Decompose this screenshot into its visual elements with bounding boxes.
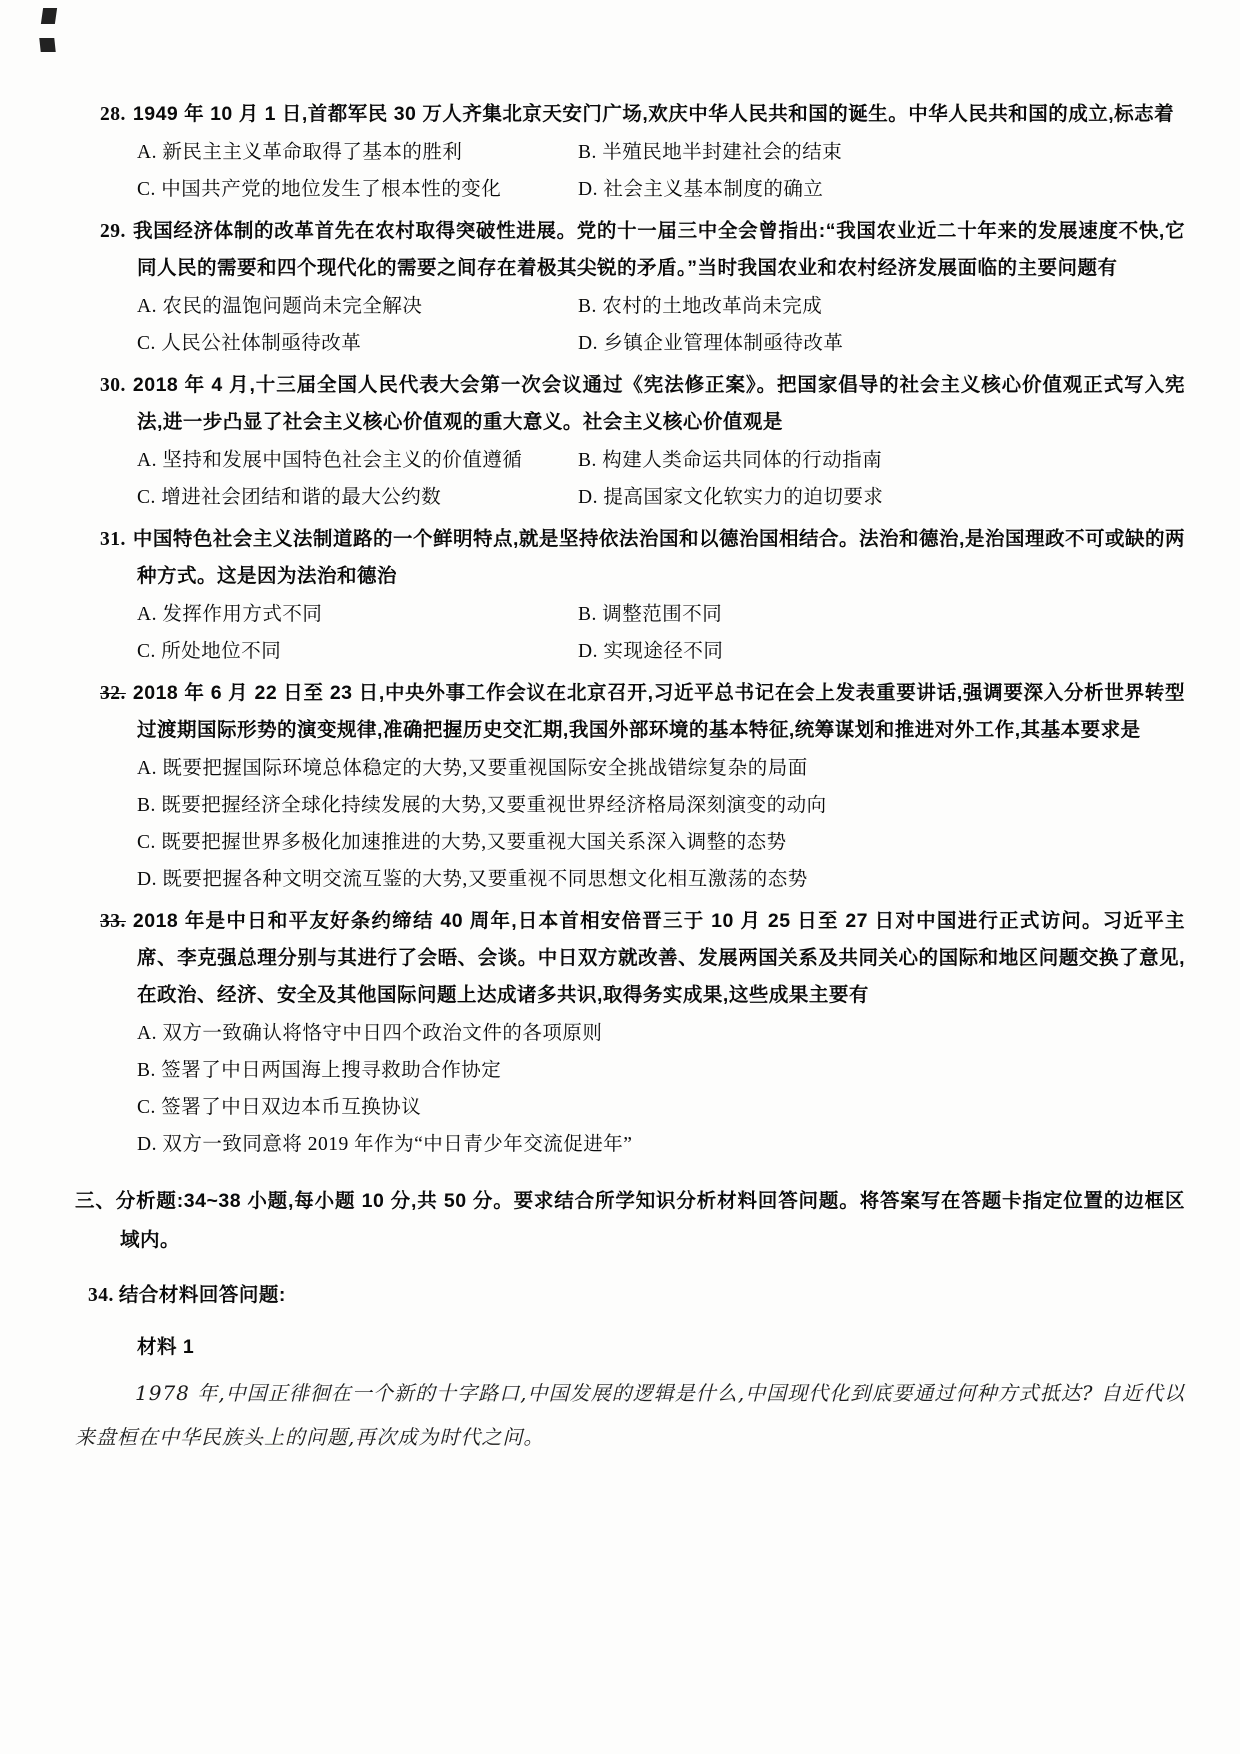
question-33-stem-text: 2018 年是中日和平友好条约缔结 40 周年,日本首相安倍晋三于 10 月 2… xyxy=(133,910,1185,1006)
question-28: 28.1949 年 10 月 1 日,首都军民 30 万人齐集北京天安门广场,欢… xyxy=(100,96,1185,208)
option-c: C. 既要把握世界多极化加速推进的大势,又要重视大国关系深入调整的态势 xyxy=(137,824,1185,861)
option-b: B. 构建人类命运共同体的行动指南 xyxy=(578,442,1185,479)
question-33-options: A. 双方一致确认将恪守中日四个政治文件的各项原则 B. 签署了中日两国海上搜寻… xyxy=(100,1015,1185,1163)
question-32-stem-text: 2018 年 6 月 22 日至 23 日,中央外事工作会议在北京召开,习近平总… xyxy=(133,682,1185,741)
option-a: A. 既要把握国际环境总体稳定的大势,又要重视国际安全挑战错综复杂的局面 xyxy=(137,750,1185,787)
question-29-stem: 29.我国经济体制的改革首先在农村取得突破性进展。党的十一届三中全会曾指出:“我… xyxy=(100,213,1185,287)
question-30-stem-text: 2018 年 4 月,十三届全国人民代表大会第一次会议通过《宪法修正案》。把国家… xyxy=(133,374,1185,433)
option-a: A. 双方一致确认将恪守中日四个政治文件的各项原则 xyxy=(137,1015,1185,1052)
question-30-options: A. 坚持和发展中国特色社会主义的价值遵循 B. 构建人类命运共同体的行动指南 … xyxy=(100,442,1185,516)
question-34-number: 34. xyxy=(88,1285,119,1306)
question-29-number: 29. xyxy=(100,221,133,242)
section-analysis-header: 三、分析题:34~38 小题,每小题 10 分,共 50 分。要求结合所学知识分… xyxy=(75,1182,1185,1260)
exam-page: 28.1949 年 10 月 1 日,首都军民 30 万人齐集北京天安门广场,欢… xyxy=(0,0,1240,1754)
question-30-number: 30. xyxy=(100,375,133,396)
option-d: D. 实现途径不同 xyxy=(578,633,1185,670)
question-30: 30.2018 年 4 月,十三届全国人民代表大会第一次会议通过《宪法修正案》。… xyxy=(100,367,1185,516)
option-a: A. 新民主主义革命取得了基本的胜利 xyxy=(137,134,578,171)
option-c: C. 所处地位不同 xyxy=(137,633,578,670)
option-c: C. 增进社会团结和谐的最大公约数 xyxy=(137,479,578,516)
question-28-stem: 28.1949 年 10 月 1 日,首都军民 30 万人齐集北京天安门广场,欢… xyxy=(100,96,1185,133)
option-c: C. 人民公社体制亟待改革 xyxy=(137,325,578,362)
question-32-number: 32. xyxy=(100,683,133,704)
option-b: B. 半殖民地半封建社会的结束 xyxy=(578,134,1185,171)
question-29-options: A. 农民的温饱问题尚未完全解决 B. 农村的土地改革尚未完成 C. 人民公社体… xyxy=(100,288,1185,362)
option-b: B. 调整范围不同 xyxy=(578,596,1185,633)
question-31-number: 31. xyxy=(100,529,133,550)
option-d: D. 既要把握各种文明交流互鉴的大势,又要重视不同思想文化相互激荡的态势 xyxy=(137,861,1185,898)
option-b: B. 签署了中日两国海上搜寻救助合作协定 xyxy=(137,1052,1185,1089)
option-a: A. 农民的温饱问题尚未完全解决 xyxy=(137,288,578,325)
question-28-number: 28. xyxy=(100,104,133,125)
question-33-number: 33. xyxy=(100,911,133,932)
question-34-title-text: 结合材料回答问题: xyxy=(119,1284,286,1306)
material-1-label: 材料 1 xyxy=(137,1329,1185,1365)
option-b: B. 既要把握经济全球化持续发展的大势,又要重视世界经济格局深刻演变的动向 xyxy=(137,787,1185,824)
question-29-stem-text: 我国经济体制的改革首先在农村取得突破性进展。党的十一届三中全会曾指出:“我国农业… xyxy=(133,220,1185,279)
scan-artifact xyxy=(39,38,55,52)
option-d: D. 社会主义基本制度的确立 xyxy=(578,171,1185,208)
option-c: C. 签署了中日双边本币互换协议 xyxy=(137,1089,1185,1126)
question-31-options: A. 发挥作用方式不同 B. 调整范围不同 C. 所处地位不同 D. 实现途径不… xyxy=(100,596,1185,670)
question-30-stem: 30.2018 年 4 月,十三届全国人民代表大会第一次会议通过《宪法修正案》。… xyxy=(100,367,1185,441)
question-29: 29.我国经济体制的改革首先在农村取得突破性进展。党的十一届三中全会曾指出:“我… xyxy=(100,213,1185,362)
question-33: 33.2018 年是中日和平友好条约缔结 40 周年,日本首相安倍晋三于 10 … xyxy=(100,903,1185,1163)
option-b: B. 农村的土地改革尚未完成 xyxy=(578,288,1185,325)
option-d: D. 提高国家文化软实力的迫切要求 xyxy=(578,479,1185,516)
question-34-title: 34.结合材料回答问题: xyxy=(88,1276,1185,1315)
question-28-stem-text: 1949 年 10 月 1 日,首都军民 30 万人齐集北京天安门广场,欢庆中华… xyxy=(133,103,1174,125)
question-28-options: A. 新民主主义革命取得了基本的胜利 B. 半殖民地半封建社会的结束 C. 中国… xyxy=(100,134,1185,208)
question-31-stem-text: 中国特色社会主义法制道路的一个鲜明特点,就是坚持依法治国和以德治国相结合。法治和… xyxy=(133,528,1185,587)
question-32-options: A. 既要把握国际环境总体稳定的大势,又要重视国际安全挑战错综复杂的局面 B. … xyxy=(100,750,1185,898)
question-33-stem: 33.2018 年是中日和平友好条约缔结 40 周年,日本首相安倍晋三于 10 … xyxy=(100,903,1185,1014)
scan-artifact xyxy=(41,8,57,24)
question-31: 31.中国特色社会主义法制道路的一个鲜明特点,就是坚持依法治国和以德治国相结合。… xyxy=(100,521,1185,670)
option-d: D. 乡镇企业管理体制亟待改革 xyxy=(578,325,1185,362)
option-a: A. 发挥作用方式不同 xyxy=(137,596,578,633)
question-32-stem: 32.2018 年 6 月 22 日至 23 日,中央外事工作会议在北京召开,习… xyxy=(100,675,1185,749)
question-31-stem: 31.中国特色社会主义法制道路的一个鲜明特点,就是坚持依法治国和以德治国相结合。… xyxy=(100,521,1185,595)
option-a: A. 坚持和发展中国特色社会主义的价值遵循 xyxy=(137,442,578,479)
material-1-text: 1978 年,中国正徘徊在一个新的十字路口,中国发展的逻辑是什么,中国现代化到底… xyxy=(75,1371,1185,1459)
option-c: C. 中国共产党的地位发生了根本性的变化 xyxy=(137,171,578,208)
option-d: D. 双方一致同意将 2019 年作为“中日青少年交流促进年” xyxy=(137,1126,1185,1163)
question-32: 32.2018 年 6 月 22 日至 23 日,中央外事工作会议在北京召开,习… xyxy=(100,675,1185,898)
